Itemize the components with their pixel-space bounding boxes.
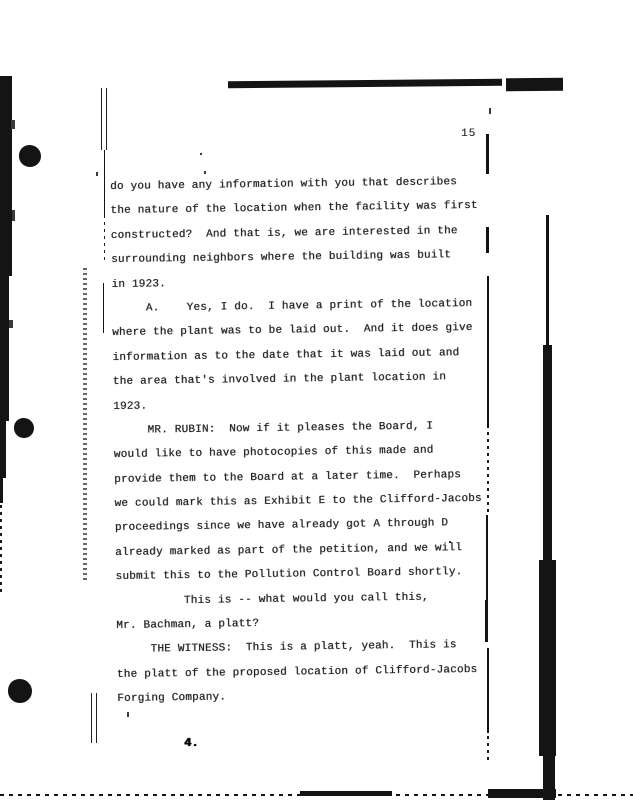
scan-artifact-left-edge-4 bbox=[0, 478, 3, 503]
margin-rule-left-dotted bbox=[104, 215, 105, 260]
scan-artifact-right-bar-1 bbox=[546, 215, 549, 347]
margin-print-strip bbox=[83, 268, 87, 580]
margin-rule-right-1 bbox=[486, 134, 489, 174]
margin-rule-right-8 bbox=[487, 736, 489, 762]
scan-artifact-left-edge-2 bbox=[0, 276, 9, 421]
scan-artifact-left-edge-1 bbox=[0, 76, 12, 276]
margin-rule-left-mid bbox=[103, 283, 104, 333]
margin-rule-left-upper bbox=[101, 88, 107, 150]
margin-rule-right-4 bbox=[487, 432, 489, 512]
scan-speck-5 bbox=[127, 712, 129, 717]
scanned-transcript-page: 15 do you have any information with you … bbox=[0, 0, 633, 800]
scan-artifact-right-bar-3 bbox=[539, 560, 556, 756]
punch-hole-top bbox=[19, 145, 41, 167]
margin-rule-right-6 bbox=[485, 600, 488, 642]
scan-artifact-left-edge-3 bbox=[0, 421, 6, 478]
scan-speck-1 bbox=[200, 153, 202, 155]
punch-hole-middle bbox=[14, 418, 34, 438]
page-number: 15 bbox=[461, 128, 476, 140]
transcript-line: Forging Company. bbox=[117, 682, 485, 712]
scan-artifact-top-bar bbox=[228, 79, 502, 88]
scan-artifact-bottom-solid-2 bbox=[488, 789, 556, 798]
margin-rule-left-lower bbox=[91, 693, 97, 743]
scan-artifact-edge-speck-1 bbox=[11, 120, 15, 129]
scan-artifact-left-edge-dashes bbox=[0, 505, 2, 595]
transcript-line: This is -- what would you call this, bbox=[116, 584, 484, 614]
scan-artifact-edge-speck-3 bbox=[9, 320, 13, 328]
scan-artifact-top-bar-right bbox=[506, 78, 563, 91]
scan-artifact-bottom-solid-1 bbox=[300, 791, 392, 796]
scan-artifact-right-bar-2 bbox=[543, 345, 552, 563]
margin-rule-right-2 bbox=[486, 227, 489, 253]
transcript-line: the area that's involved in the plant lo… bbox=[113, 365, 481, 395]
scan-artifact-edge-speck-2 bbox=[12, 210, 15, 221]
punch-hole-bottom bbox=[8, 679, 32, 703]
footer-mark: 4. bbox=[184, 736, 198, 750]
transcript-line: surrounding neighbors where the building… bbox=[111, 243, 479, 273]
scan-speck-4 bbox=[96, 172, 98, 176]
transcript-body: do you have any information with you tha… bbox=[110, 170, 485, 712]
margin-rule-right-7 bbox=[487, 648, 489, 733]
margin-rule-left-upper2 bbox=[104, 150, 105, 215]
margin-rule-right-3 bbox=[487, 276, 489, 428]
scan-speck-3 bbox=[489, 108, 491, 114]
